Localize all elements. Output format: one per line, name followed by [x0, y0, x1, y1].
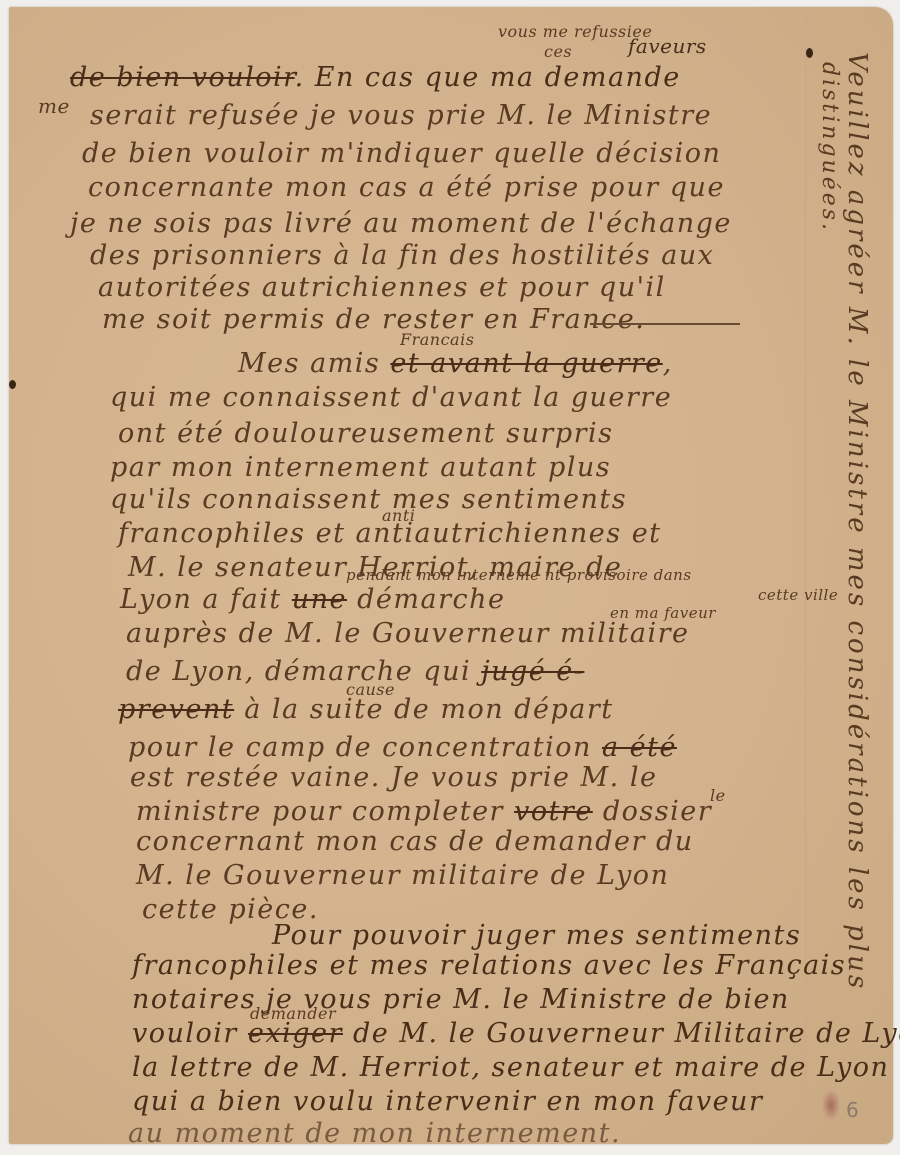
- insertion-le: le: [710, 786, 726, 805]
- line-19: prevent à la suite de mon départ: [118, 694, 614, 725]
- underline-rule: [590, 323, 740, 325]
- line-12: par mon internement autant plus: [110, 452, 611, 483]
- line-31: qui a bien voulu intervenir en mon faveu…: [132, 1086, 763, 1117]
- line-7: autoritées autrichiennes et pour qu'il: [98, 272, 666, 303]
- insertion-ces: ces: [544, 42, 572, 61]
- margin-closing-inner: distinguées.: [817, 62, 842, 233]
- insertion-francais: Francais: [400, 330, 474, 349]
- stamp-mark: [822, 1090, 840, 1120]
- line-21: est restée vaine. Je vous prie M. le: [130, 762, 657, 793]
- line-24: M. le Gouverneur militaire de Lyon: [136, 860, 669, 891]
- line-28: notaires je vous prie M. le Ministre de …: [132, 984, 790, 1015]
- page-number: 6: [846, 1098, 859, 1122]
- line-27: francophiles et mes relations avec les F…: [132, 950, 846, 981]
- line-23: concernant mon cas de demander du: [136, 826, 694, 857]
- insertion-me: me: [38, 94, 70, 118]
- line-9: Mes amis et avant la guerre,: [238, 348, 673, 379]
- line-1: de bien vouloir. En cas que ma demande: [70, 62, 681, 93]
- insertion-faveurs: faveurs: [628, 34, 707, 58]
- margin-closing-outer: Veuillez agréer M. le Ministre mes consi…: [842, 52, 872, 991]
- line-6: des prisonniers à la fin des hostilités …: [90, 240, 714, 271]
- line-4: concernante mon cas a été prise pour que: [88, 172, 725, 203]
- line-11: ont été douloureusement surpris: [118, 418, 614, 449]
- line-16: Lyon a fait une démarche: [120, 584, 506, 615]
- line-22: ministre pour completer votre dossier: [136, 796, 712, 827]
- line-10: qui me connaissent d'avant la guerre: [110, 382, 672, 413]
- line-20: pour le camp de concentration a été: [128, 732, 677, 763]
- line-17: auprès de M. le Gouverneur militaire: [126, 618, 690, 649]
- line-13: qu'ils connaissent mes sentiments: [110, 484, 627, 515]
- line-32: au moment de mon internement.: [128, 1118, 621, 1149]
- line-14: francophiles et antiautrichiennes et: [118, 518, 662, 549]
- line-2: serait refusée je vous prie M. le Minist…: [90, 100, 712, 131]
- punch-mark: [9, 380, 16, 389]
- line-5: je ne sois pas livré au moment de l'écha…: [70, 208, 732, 239]
- line-30: la lettre de M. Herriot, senateur et mai…: [132, 1052, 889, 1083]
- line-3: de bien vouloir m'indiquer quelle décisi…: [82, 138, 721, 169]
- ink-blot: [806, 48, 813, 58]
- line-26: Pour pouvoir juger mes sentiments: [272, 920, 801, 951]
- line-29: vouloir exiger de M. le Gouverneur Milit…: [132, 1018, 900, 1049]
- line-8: me soit permis de rester en France.: [102, 304, 645, 335]
- insertion-pendant: pendant mon interneme nt provisoire dans: [346, 566, 692, 584]
- insertion-cette-ville: cette ville: [758, 586, 838, 604]
